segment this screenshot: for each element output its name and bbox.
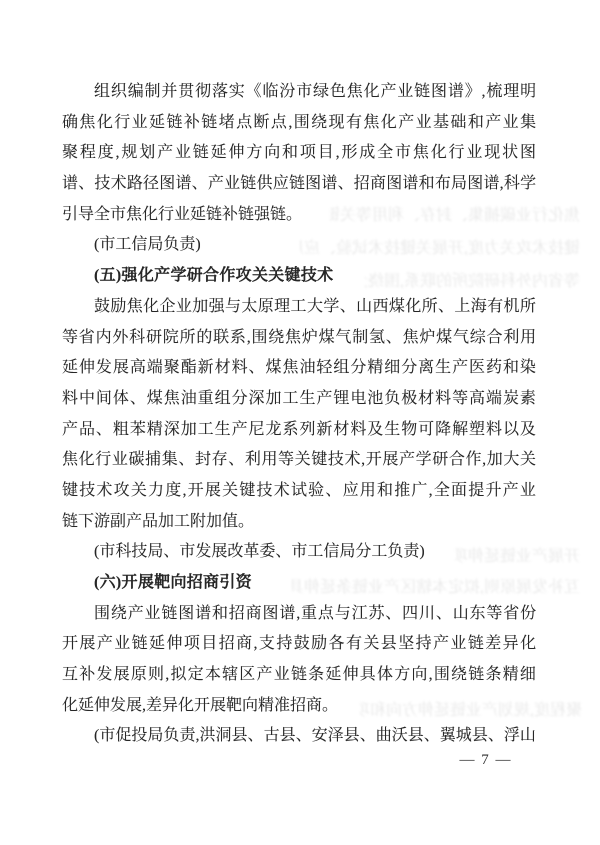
text-line: 组织编制并贯彻落实《临汾市绿色焦化产业链图谱》,梳理明	[62, 77, 536, 108]
text-line: (市科技局、市发展改革委、市工信局分工负责)	[62, 537, 536, 568]
line-text: 围绕产业链图谱和招商图谱,重点与江苏、四川、山东等省份	[94, 605, 537, 622]
text-line: 化延伸发展,差异化开展靶向精准招商。	[62, 691, 536, 722]
line-text: 谱、技术路径图谱、产业链供应链图谱、招商图谱和布局图谱,科学	[62, 175, 536, 192]
text-line: 谱、技术路径图谱、产业链供应链图谱、招商图谱和布局图谱,科学	[62, 169, 536, 200]
line-text: 等省内外科研院所的联系,围绕焦炉煤气制氢、焦炉煤气综合利用	[62, 329, 537, 346]
line-text: 聚程度,规划产业链延伸方向和项目,形成全市焦化行业现状图	[62, 144, 538, 161]
line-text: 引导全市焦化行业延链补链强链。	[62, 206, 302, 223]
document-body: 组织编制并贯彻落实《临汾市绿色焦化产业链图谱》,梳理明确焦化行业延链补链堵点断点…	[62, 77, 536, 752]
document-page: 焦化行业碳捕集、封存、利用等关键技术,开展产学研合作,加大关 键技术攻关力度,开…	[0, 0, 600, 845]
text-line: (市促投局负责,洪洞县、古县、安泽县、曲沃县、翼城县、浮山	[62, 721, 536, 752]
line-text: 鼓励焦化企业加强与太原理工大学、山西煤化所、上海有机所	[94, 298, 536, 315]
text-line: 确焦化行业延链补链堵点断点,围绕现有焦化产业基础和产业集	[62, 108, 536, 139]
line-text: 开展产业链延伸项目招商,支持鼓励各有关县坚持产业链差异化	[62, 635, 537, 652]
line-text: 焦化行业碳捕集、封存、利用等关键技术,开展产学研合作,加大关	[62, 451, 537, 468]
line-text: (六)开展靶向招商引资	[94, 574, 252, 591]
line-text: 键技术攻关力度,开展关键技术试验、应用和推广,全面提升产业	[62, 482, 537, 499]
heading-line: (六)开展靶向招商引资	[62, 568, 536, 599]
line-text: 链下游副产品加工附加值。	[62, 513, 254, 530]
page-number: — 7 —	[0, 752, 512, 769]
line-text: 互补发展原则,拟定本辖区产业链条延伸具体方向,围绕链条精细	[62, 666, 537, 683]
line-text: (五)强化产学研合作攻关关键技术	[94, 267, 333, 284]
line-text: 产品、粗苯精深加工生产尼龙系列新材料及生物可降解塑料以及	[62, 421, 537, 438]
text-line: 鼓励焦化企业加强与太原理工大学、山西煤化所、上海有机所	[62, 292, 536, 323]
line-text: 确焦化行业延链补链堵点断点,围绕现有焦化产业基础和产业集	[62, 114, 537, 131]
text-line: 聚程度,规划产业链延伸方向和项目,形成全市焦化行业现状图	[62, 138, 536, 169]
text-line: 开展产业链延伸项目招商,支持鼓励各有关县坚持产业链差异化	[62, 629, 536, 660]
line-text: 料中间体、煤焦油重组分深加工生产锂电池负极材料等高端炭素	[62, 390, 537, 407]
line-text: (市工信局负责)	[94, 236, 201, 253]
text-line: 链下游副产品加工附加值。	[62, 507, 536, 538]
line-text: 延伸发展高端聚酯新材料、煤焦油轻组分精细分离生产医药和染	[62, 359, 537, 376]
text-line: (市工信局负责)	[62, 230, 536, 261]
text-line: 产品、粗苯精深加工生产尼龙系列新材料及生物可降解塑料以及	[62, 415, 536, 446]
heading-line: (五)强化产学研合作攻关关键技术	[62, 261, 536, 292]
text-line: 等省内外科研院所的联系,围绕焦炉煤气制氢、焦炉煤气综合利用	[62, 323, 536, 354]
text-line: 延伸发展高端聚酯新材料、煤焦油轻组分精细分离生产医药和染	[62, 353, 536, 384]
text-line: 互补发展原则,拟定本辖区产业链条延伸具体方向,围绕链条精细	[62, 660, 536, 691]
text-line: 料中间体、煤焦油重组分深加工生产锂电池负极材料等高端炭素	[62, 384, 536, 415]
text-line: 围绕产业链图谱和招商图谱,重点与江苏、四川、山东等省份	[62, 599, 536, 630]
line-text: 化延伸发展,差异化开展靶向精准招商。	[62, 697, 338, 714]
text-line: 焦化行业碳捕集、封存、利用等关键技术,开展产学研合作,加大关	[62, 445, 536, 476]
line-text: (市促投局负责,洪洞县、古县、安泽县、曲沃县、翼城县、浮山	[94, 727, 536, 744]
text-line: 键技术攻关力度,开展关键技术试验、应用和推广,全面提升产业	[62, 476, 536, 507]
line-text: (市科技局、市发展改革委、市工信局分工负责)	[94, 543, 425, 560]
line-text: 组织编制并贯彻落实《临汾市绿色焦化产业链图谱》,梳理明	[94, 83, 537, 100]
text-line: 引导全市焦化行业延链补链强链。	[62, 200, 536, 231]
